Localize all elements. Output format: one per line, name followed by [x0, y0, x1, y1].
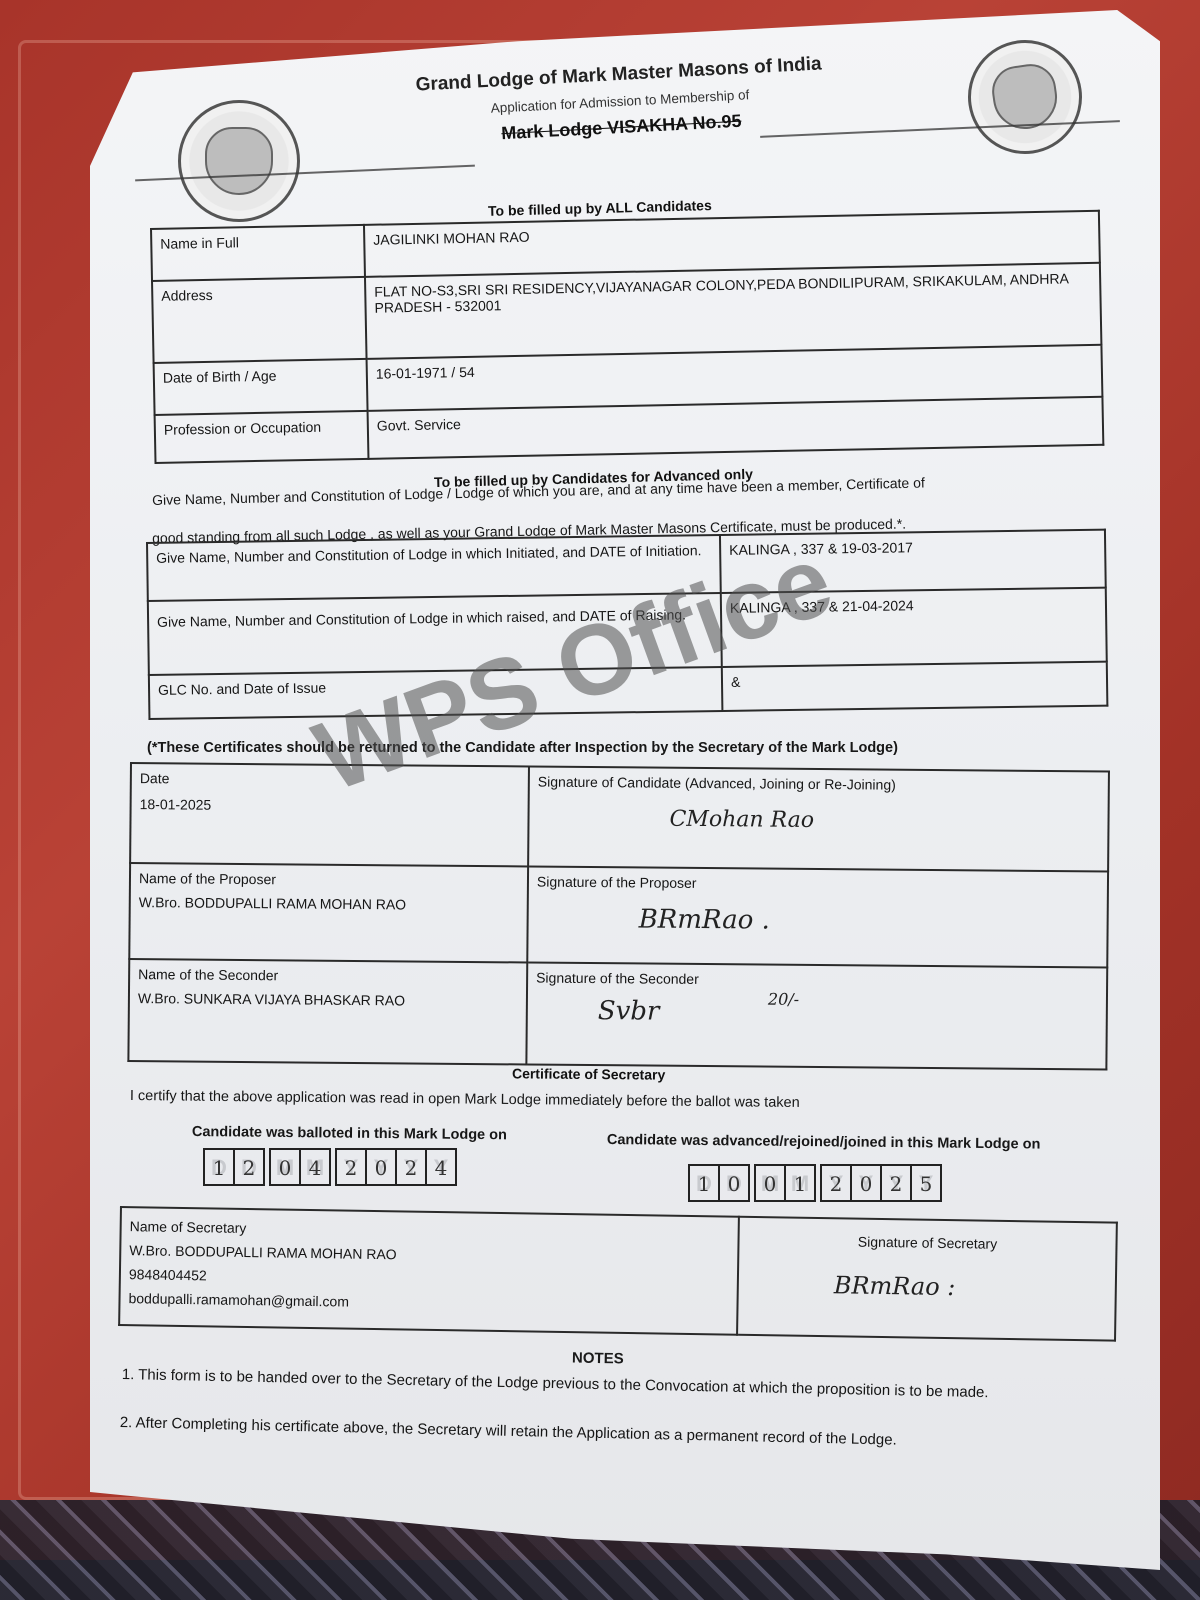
- date-value[interactable]: 18-01-2025: [140, 796, 520, 815]
- date-digit-box[interactable]: Y5: [910, 1164, 942, 1202]
- date-digit-box[interactable]: D1: [688, 1164, 720, 1202]
- seconder-cell: Name of the Seconder W.Bro. SUNKARA VIJA…: [128, 959, 527, 1064]
- digit-value: 0: [375, 1156, 388, 1180]
- grand-lodge-emblem-icon: [178, 100, 300, 222]
- balloted-label: Candidate was balloted in this Mark Lodg…: [192, 1124, 507, 1143]
- seconder-signature-cell: Signature of the Seconder Svbr 20/-: [526, 962, 1107, 1069]
- date-digit-box[interactable]: Y2: [395, 1148, 427, 1186]
- digit-value: 0: [764, 1172, 777, 1196]
- secretary-statement: I certify that the above application was…: [130, 1088, 800, 1111]
- table-row: Name of the Proposer W.Bro. BODDUPALLI R…: [129, 863, 1108, 968]
- digit-value: 0: [279, 1156, 292, 1180]
- advanced-date-boxes[interactable]: D1D0M0M1Y2Y0Y2Y5: [690, 1164, 942, 1202]
- advanced-label: Candidate was advanced/rejoined/joined i…: [607, 1132, 1041, 1153]
- date-digit-box[interactable]: Y4: [425, 1148, 457, 1186]
- table-row: Name of Secretary W.Bro. BODDUPALLI RAMA…: [119, 1207, 1117, 1341]
- digit-value: 0: [860, 1172, 873, 1196]
- proposer-signature-label: Signature of the Proposer: [537, 874, 1099, 895]
- note-2: 2. After Completing his certificate abov…: [120, 1414, 1120, 1454]
- date-segment: D1D0: [690, 1164, 750, 1202]
- digit-value: 2: [405, 1156, 418, 1180]
- secretary-cert-heading: Certificate of Secretary: [512, 1065, 665, 1082]
- table-row: Name of the Seconder W.Bro. SUNKARA VIJA…: [128, 959, 1107, 1070]
- date-segment: Y2Y0Y2Y4: [337, 1148, 457, 1186]
- digit-value: 4: [309, 1156, 322, 1180]
- application-form: Grand Lodge of Mark Master Masons of Ind…: [0, 0, 1200, 1600]
- address-label: Address: [152, 277, 367, 363]
- date-digit-box[interactable]: M1: [784, 1164, 816, 1202]
- date-digit-box[interactable]: D1: [203, 1148, 235, 1186]
- address-value[interactable]: FLAT NO-S3,SRI SRI RESIDENCY,VIJAYANAGAR…: [365, 263, 1101, 359]
- date-digit-box[interactable]: Y2: [880, 1164, 912, 1202]
- signatures-table: Date 18-01-2025 Signature of Candidate (…: [127, 762, 1110, 1071]
- digit-value: 2: [345, 1156, 358, 1180]
- date-digit-box[interactable]: D2: [233, 1148, 265, 1186]
- secretary-details-cell: Name of Secretary W.Bro. BODDUPALLI RAMA…: [119, 1207, 739, 1335]
- regional-grand-lodge-emblem-icon: [961, 33, 1090, 162]
- date-segment: D1D2: [205, 1148, 265, 1186]
- secretary-signature-cell: Signature of Secretary BRmRao :: [737, 1217, 1117, 1341]
- name-label: Name in Full: [151, 225, 365, 281]
- candidate-signature-cell: Signature of Candidate (Advanced, Joinin…: [528, 766, 1109, 871]
- digit-value: 1: [794, 1172, 807, 1196]
- digit-value: 0: [728, 1172, 741, 1196]
- proposer-signature-cell: Signature of the Proposer BRmRao .: [527, 866, 1108, 967]
- digit-value: 2: [890, 1172, 903, 1196]
- section-all-heading: To be filled up by ALL Candidates: [488, 197, 712, 219]
- date-digit-box[interactable]: M0: [754, 1164, 786, 1202]
- glc-value[interactable]: &: [722, 662, 1108, 711]
- secretary-table: Name of Secretary W.Bro. BODDUPALLI RAMA…: [118, 1206, 1118, 1342]
- digit-value: 4: [435, 1156, 448, 1180]
- date-digit-box[interactable]: Y2: [335, 1148, 367, 1186]
- seconder-signature-label: Signature of the Seconder: [536, 970, 1098, 991]
- date-digit-box[interactable]: M4: [299, 1148, 331, 1186]
- seconder-label: Name of the Seconder: [138, 966, 518, 985]
- date-digit-box[interactable]: Y0: [365, 1148, 397, 1186]
- balloted-date-boxes[interactable]: D1D2M0M4Y2Y0Y2Y4: [205, 1148, 457, 1186]
- date-segment: Y2Y0Y2Y5: [822, 1164, 942, 1202]
- candidate-details-table: Name in Full JAGILINKI MOHAN RAO Address…: [150, 210, 1104, 464]
- date-digit-box[interactable]: Y0: [850, 1164, 882, 1202]
- digit-value: 1: [698, 1172, 711, 1196]
- proposer-name[interactable]: W.Bro. BODDUPALLI RAMA MOHAN RAO: [139, 894, 519, 913]
- proposer-cell: Name of the Proposer W.Bro. BODDUPALLI R…: [129, 863, 528, 962]
- proposer-label: Name of the Proposer: [139, 870, 519, 889]
- dob-age-label: Date of Birth / Age: [154, 359, 368, 415]
- date-digit-box[interactable]: Y2: [820, 1164, 852, 1202]
- secretary-signature-label: Signature of Secretary: [747, 1232, 1107, 1254]
- table-row: Date 18-01-2025 Signature of Candidate (…: [130, 763, 1109, 872]
- seconder-name[interactable]: W.Bro. SUNKARA VIJAYA BHASKAR RAO: [138, 990, 518, 1009]
- date-digit-box[interactable]: M0: [269, 1148, 301, 1186]
- date-segment: M0M4: [271, 1148, 331, 1186]
- digit-value: 5: [920, 1172, 933, 1196]
- secretary-signature[interactable]: BRmRao :: [834, 1271, 956, 1301]
- proposer-signature[interactable]: BRmRao .: [639, 904, 770, 935]
- digit-value: 1: [213, 1156, 226, 1180]
- seconder-signature[interactable]: Svbr: [598, 996, 660, 1027]
- seconder-signature-note: 20/-: [768, 990, 799, 1009]
- date-segment: M0M1: [756, 1164, 816, 1202]
- profession-label: Profession or Occupation: [155, 411, 369, 463]
- candidate-signature[interactable]: CMohan Rao: [669, 807, 814, 833]
- note-1: 1. This form is to be handed over to the…: [122, 1366, 1117, 1404]
- date-digit-box[interactable]: D0: [718, 1164, 750, 1202]
- notes-heading: NOTES: [572, 1350, 624, 1368]
- digit-value: 2: [243, 1156, 256, 1180]
- candidate-signature-label: Signature of Candidate (Advanced, Joinin…: [538, 774, 1100, 795]
- digit-value: 2: [830, 1172, 843, 1196]
